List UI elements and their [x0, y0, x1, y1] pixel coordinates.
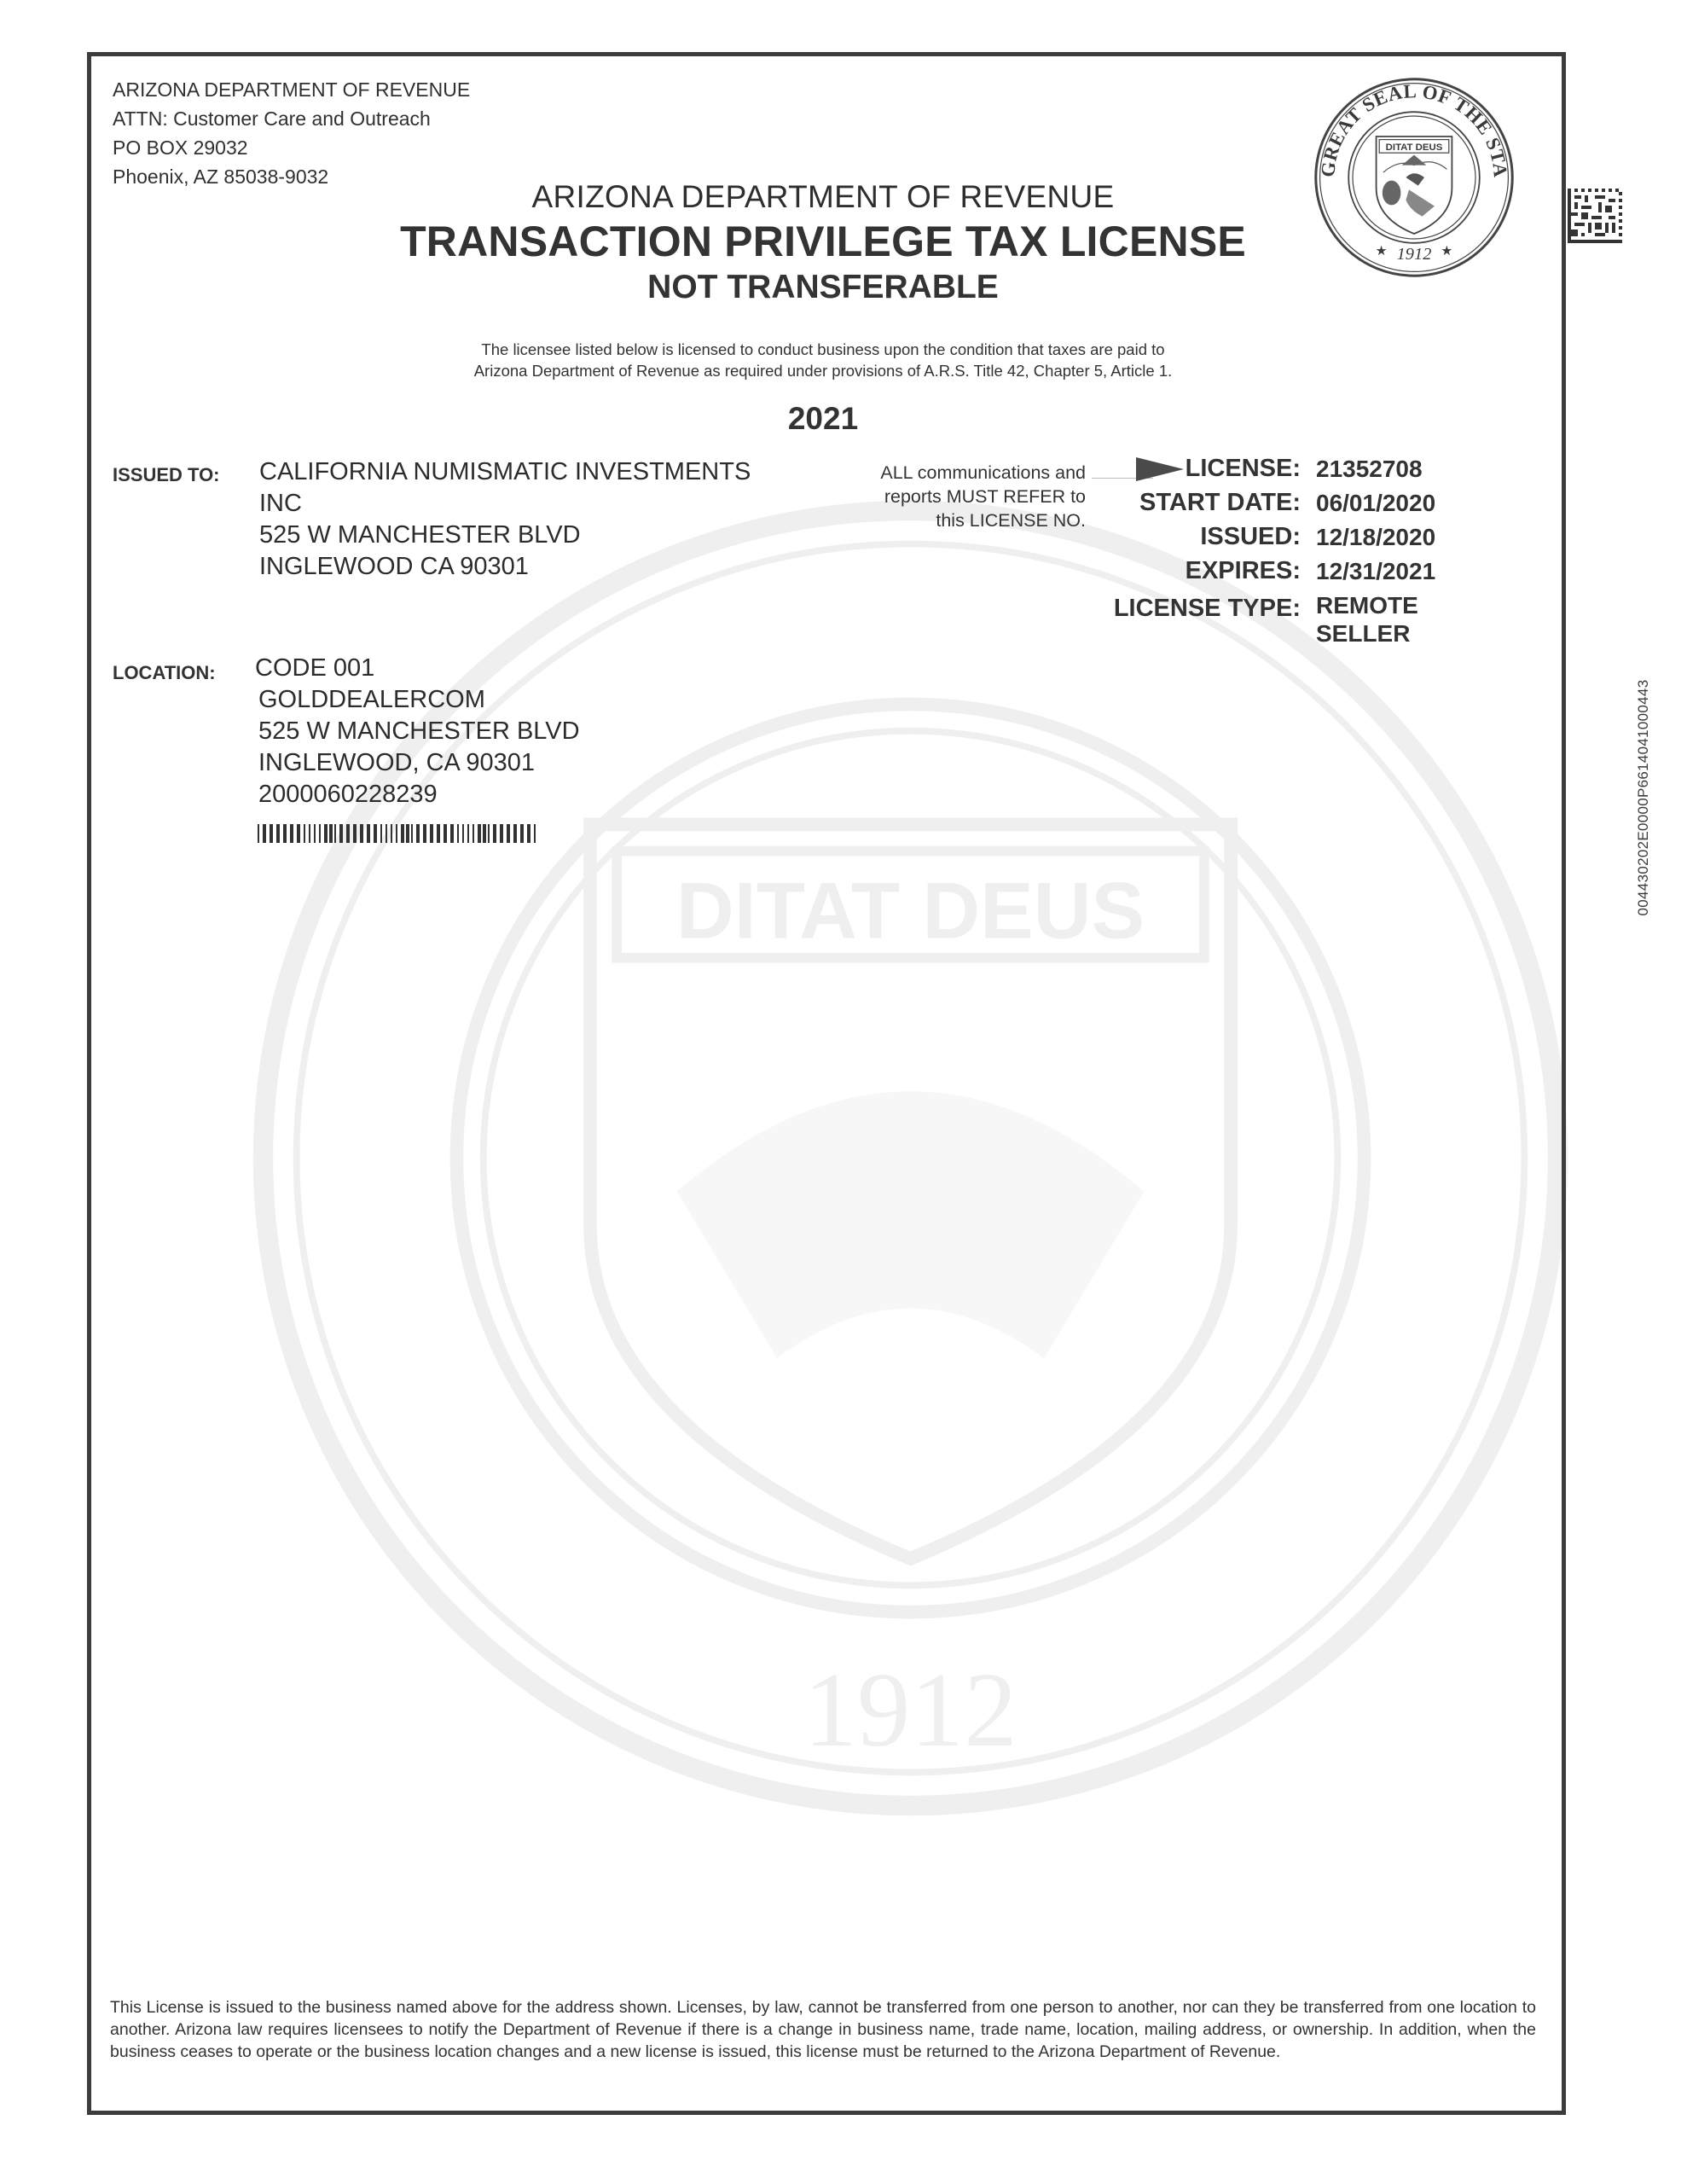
svg-text:★: ★ [1376, 244, 1388, 258]
location-label: LOCATION: [113, 662, 216, 684]
side-tracking-code: 004430202E0000P6614041000443 [1631, 665, 1656, 930]
license-number-label: LICENSE: [1186, 455, 1301, 482]
return-address: ARIZONA DEPARTMENT OF REVENUE ATTN: Cust… [113, 75, 470, 191]
page-title: TRANSACTION PRIVILEGE TAX LICENSE [256, 217, 1390, 266]
issued-to-line: INGLEWOOD CA 90301 [259, 551, 751, 583]
location-address: CODE 001 GOLDDEALERCOM 525 W MANCHESTER … [255, 653, 580, 810]
state-seal-icon: GREAT SEAL OF THE STATE OF ARIZONA 1912 … [1312, 75, 1516, 280]
license-number-row: LICENSE: 21352708 [1023, 455, 1552, 489]
agency-heading: ARIZONA DEPARTMENT OF REVENUE [256, 179, 1390, 215]
return-address-line: ARIZONA DEPARTMENT OF REVENUE [113, 75, 470, 104]
expires-value: 12/31/2021 [1316, 557, 1435, 585]
svg-text:1912: 1912 [1397, 245, 1432, 264]
not-transferable-heading: NOT TRANSFERABLE [256, 269, 1390, 306]
expires-label: EXPIRES: [1023, 557, 1316, 585]
license-type-row: LICENSE TYPE: REMOTE SELLER [1023, 591, 1552, 648]
issued-to-line: CALIFORNIA NUMISMATIC INVESTMENTS [259, 456, 751, 488]
issued-to-address: CALIFORNIA NUMISMATIC INVESTMENTS INC 52… [259, 456, 751, 583]
issued-to-label: ISSUED TO: [113, 464, 220, 486]
footer-notice: This License is issued to the business n… [110, 1996, 1536, 2063]
start-date-label: START DATE: [1023, 489, 1316, 517]
issued-date-row: ISSUED: 12/18/2020 [1023, 523, 1552, 557]
svg-text:★: ★ [1441, 244, 1452, 258]
license-info: LICENSE: 21352708 START DATE: 06/01/2020… [1023, 455, 1552, 648]
disclaimer-line: Arizona Department of Revenue as require… [256, 360, 1390, 381]
license-type-value: REMOTE SELLER [1316, 591, 1418, 648]
location-line: GOLDDEALERCOM [255, 684, 580, 716]
license-disclaimer: The licensee listed below is licensed to… [256, 339, 1390, 381]
start-date-row: START DATE: 06/01/2020 [1023, 489, 1552, 523]
location-line: 2000060228239 [255, 779, 580, 810]
return-address-line: PO BOX 29032 [113, 133, 470, 162]
start-date-value: 06/01/2020 [1316, 489, 1435, 517]
license-year: 2021 [256, 401, 1390, 437]
datamatrix-code-icon [1568, 189, 1622, 243]
location-line: INGLEWOOD, CA 90301 [255, 747, 580, 779]
expires-row: EXPIRES: 12/31/2021 [1023, 557, 1552, 591]
issued-date-label: ISSUED: [1023, 523, 1316, 551]
arrow-right-icon [1136, 457, 1184, 481]
return-address-line: ATTN: Customer Care and Outreach [113, 104, 470, 133]
issued-date-value: 12/18/2020 [1316, 523, 1435, 551]
location-line: CODE 001 [255, 653, 580, 684]
issued-to-line: INC [259, 488, 751, 520]
svg-text:DITAT DEUS: DITAT DEUS [1386, 142, 1443, 153]
barcode-icon [258, 824, 537, 843]
license-type-label: LICENSE TYPE: [1023, 591, 1316, 623]
issued-to-line: 525 W MANCHESTER BLVD [259, 520, 751, 551]
location-line: 525 W MANCHESTER BLVD [255, 716, 580, 747]
disclaimer-line: The licensee listed below is licensed to… [256, 339, 1390, 360]
license-number-value: 21352708 [1316, 455, 1423, 483]
